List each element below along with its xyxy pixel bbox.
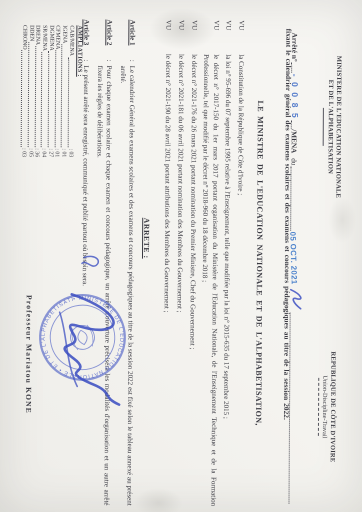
ampliation-colon: :: [20, 148, 27, 150]
scan-smudge: [328, 197, 356, 243]
ampliation-colon: :: [60, 148, 67, 150]
ampliation-value: 03: [20, 151, 27, 157]
ampliation-label: CFMENA: [54, 25, 61, 49]
leader-dots: [68, 57, 70, 148]
vu-text: le décret n° 2021-181 du 06 avril 2021 p…: [173, 54, 185, 506]
ampliation-colon: :: [33, 148, 40, 150]
ampliation-row: SR/MENA : 04: [40, 25, 48, 157]
vu-label: VU: [201, 20, 220, 54]
vu-row: VU le décret n° 2021-190 du 28 avril 202…: [161, 20, 173, 506]
ampliations-title: AMPLIATIONS :: [75, 25, 83, 157]
document-page: MINISTERE DE L'EDUCATION NATIONALE ET DE…: [0, 0, 362, 512]
vu-label: VU: [176, 20, 185, 54]
vu-label: VU: [223, 20, 232, 54]
vu-text: le décret n° 2017-150 du 1er mars 2017 p…: [199, 54, 220, 506]
ampliation-value: 04: [40, 151, 47, 157]
republic-name: REPUBLIQUE DE CÔTE D'IVOIRE: [328, 329, 337, 485]
vu-row: VU le décret n° 2017-150 du 1er mars 201…: [199, 20, 220, 506]
leader-dots: [61, 44, 63, 147]
ampliation-label: CAB/MENA: [67, 25, 74, 56]
motto-divider: [318, 378, 319, 436]
article-colon: :: [95, 55, 113, 65]
leader-dots: [48, 52, 50, 148]
decision-heading: ARRETE :: [142, 218, 151, 259]
ampliation-value: 36: [33, 151, 40, 157]
ampliation-value: 05: [26, 151, 33, 157]
ampliation-value: 01: [60, 151, 67, 157]
leader-dots: [41, 52, 43, 147]
vu-list: VU la Constitution de la République de C…: [157, 20, 245, 507]
ampliation-colon: :: [67, 148, 74, 150]
ampliation-row: CFMENA : 01: [53, 25, 61, 157]
article-label: Article 2: [95, 19, 114, 55]
ampliation-label: DDEN: [27, 25, 34, 41]
ampliation-row: CAB/MENA : 03: [67, 25, 75, 157]
ampliation-value: 01: [53, 151, 60, 157]
pen-mark-icon: [80, 249, 104, 277]
article-row: Article 1 : Le calendrier Général des ex…: [115, 20, 136, 506]
vu-row: VU le décret n° 2021-181 du 06 avril 202…: [173, 20, 185, 506]
vu-text: le décret n° 2021-190 du 28 avril 2021 p…: [161, 54, 173, 506]
vu-row: VU la Constitution de la République de C…: [233, 20, 245, 506]
ampliation-row: DGMENA : 27: [47, 25, 55, 157]
ampliation-label: CHRONO: [20, 25, 27, 50]
letterhead-divider: [323, 108, 324, 146]
document-content: MINISTERE DE L'EDUCATION NATIONALE ET DE…: [0, 0, 362, 512]
ampliation-row: DRENA : 36: [33, 25, 41, 157]
minister-heading: LE MINISTRE DE L'EDUCATION NATIONALE ET …: [254, 100, 265, 425]
ministry-letterhead: MINISTERE DE L'EDUCATION NATIONALE ET DE…: [322, 51, 342, 203]
vu-text: le décret n° 2021-176 du 26 mars 2021 po…: [186, 54, 198, 506]
ampliation-colon: :: [27, 148, 34, 150]
vu-text: la loi n° 95-696 du 07 septembre 1995 re…: [221, 54, 233, 506]
republic-letterhead: REPUBLIQUE DE CÔTE D'IVOIRE Union-Discip…: [318, 329, 337, 485]
ampliations: AMPLIATIONS : CAB/MENA : 03 IGENA : 01 C…: [20, 25, 83, 157]
ampliation-label: SR/MENA: [41, 25, 48, 51]
vu-label: VU: [163, 20, 172, 54]
ampliation-colon: :: [53, 148, 60, 150]
scanned-document-photo: MINISTERE DE L'EDUCATION NATIONALE ET DE…: [0, 0, 362, 512]
signer-name: Professeur Mariatou KONE: [24, 295, 34, 414]
signature-scribble-icon: [39, 282, 138, 418]
ampliation-value: 03: [67, 152, 74, 158]
ampliation-row: IGENA : 01: [60, 25, 68, 157]
leader-dots: [54, 50, 56, 147]
ministry-name-line1: MINISTERE DE L'EDUCATION NATIONALE: [333, 51, 342, 203]
pen-mark-icon: [289, 286, 305, 310]
article-colon: :: [118, 56, 136, 66]
ampliation-colon: :: [47, 148, 54, 150]
ampliation-value: 27: [47, 151, 54, 157]
leader-dots: [34, 46, 36, 147]
vu-text: la Constitution de la République de Côte…: [233, 54, 245, 506]
leader-dots: [28, 42, 30, 147]
ampliation-label: DGMENA: [47, 25, 54, 50]
vu-label: VU: [189, 20, 198, 54]
vu-row: VU la loi n° 95-696 du 07 septembre 1995…: [221, 20, 233, 506]
ampliation-colon: :: [40, 148, 47, 150]
article-label: Article 1: [118, 20, 137, 56]
vu-label: VU: [236, 20, 245, 54]
vu-row: VU le décret n° 2021-176 du 26 mars 2021…: [186, 20, 198, 506]
leader-dots: [21, 51, 23, 148]
ampliation-label: DRENA: [34, 25, 41, 45]
ampliation-label: IGENA: [61, 25, 68, 43]
ampliation-row: CHRONO : 03: [20, 25, 28, 157]
